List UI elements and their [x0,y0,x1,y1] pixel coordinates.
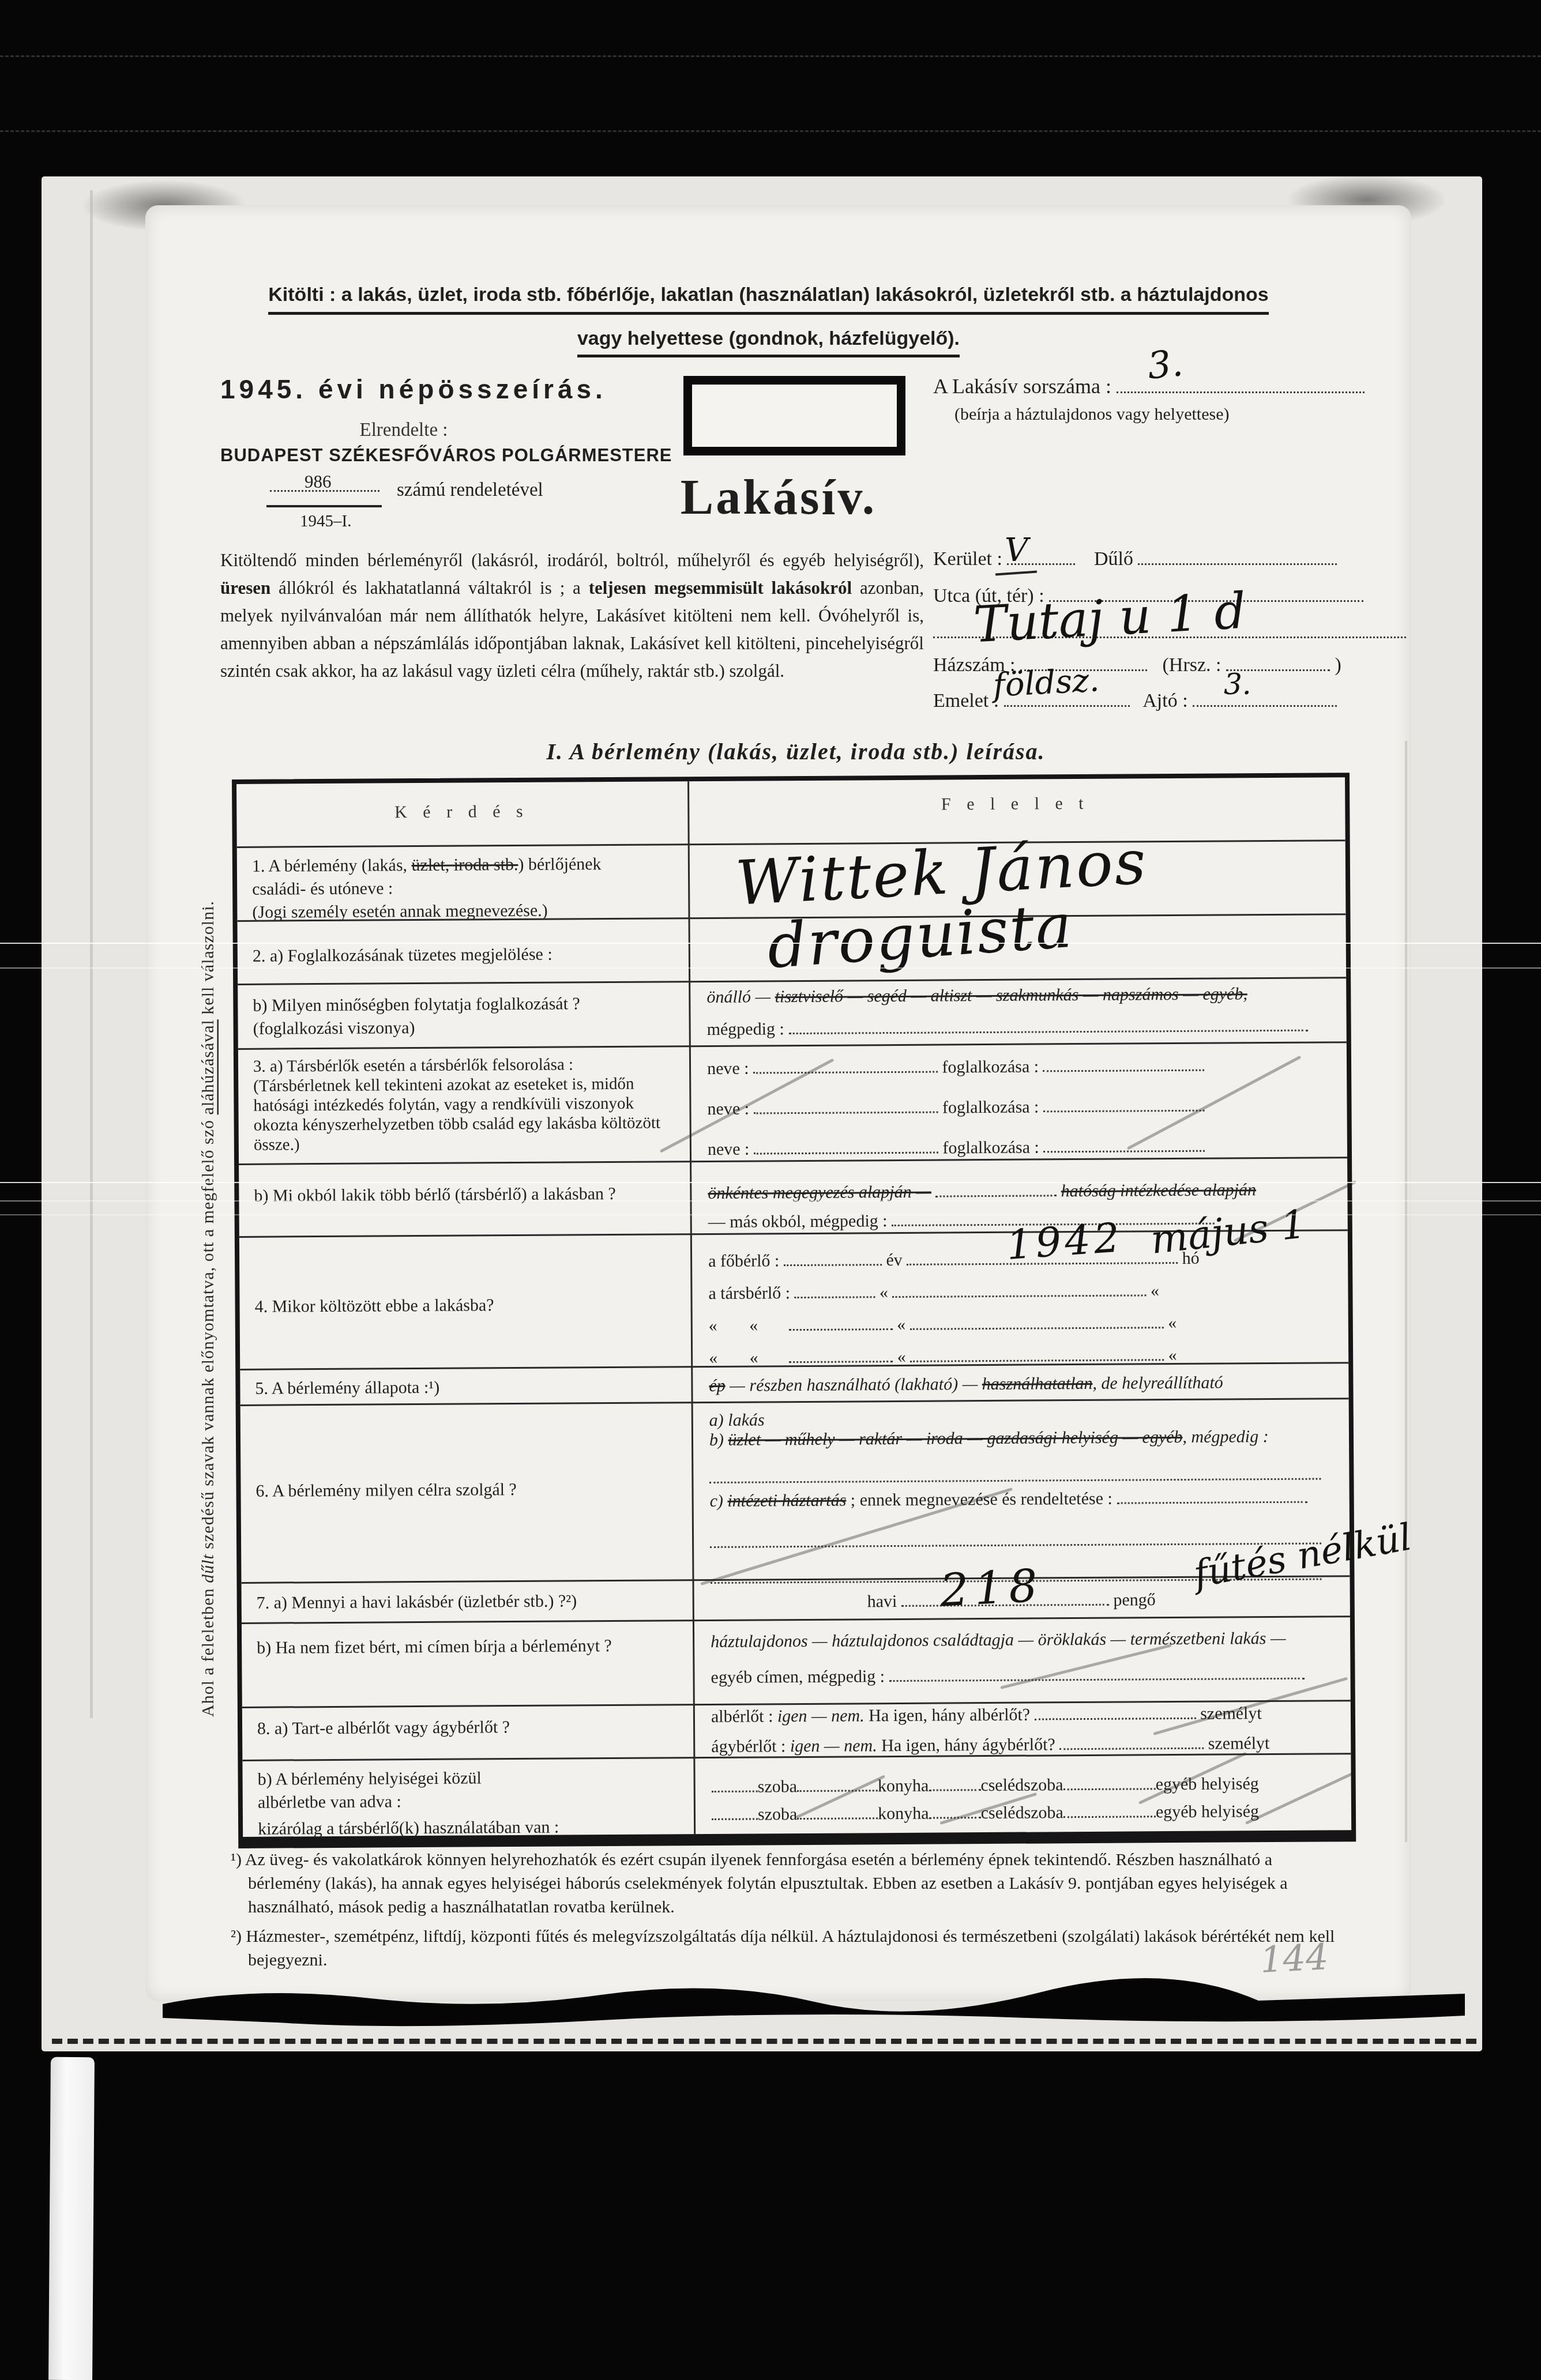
q5-ep-struck: ép [709,1376,726,1395]
q4-year-line [784,1249,882,1267]
q3a-fogl-label: foglalkozása : [942,1138,1039,1157]
q4-ditto: « [749,1316,758,1335]
row-q6: 6. A bérlemény milyen célra szolgál ? a)… [240,1398,1350,1582]
hrsz-close: ) [1335,654,1341,676]
intro-seg3: állókról és lakhatatlanná váltakról is ;… [270,578,588,598]
table-header-row: K é r d é s F e l e l e t [236,777,1345,846]
q4-tarsber-label: a társbérlő : [708,1283,790,1303]
q6-c-pre: c) [710,1492,728,1511]
q4-line [910,1345,1164,1362]
sheet-title: Lakásív. [632,468,926,526]
row-q8b: b) A bérlemény helyiségei közül albérlet… [242,1753,1351,1821]
q2a-text: 2. a) Foglalkozásának tüzetes megjelölés… [238,919,688,984]
q3a-answer: neve : foglalkozása : neve : foglalkozás… [691,1043,1347,1161]
backing-left-edge [90,190,93,1718]
q4-fober-label: a főbérlő : [708,1251,779,1271]
q2b-option-onallo: önálló — [706,987,775,1007]
q4-ditto: « [709,1349,717,1368]
backing-bottom-edge [52,2039,1476,2044]
q3b-text: b) Mi okból lakik több bérlő (társbérlő)… [239,1162,689,1236]
serial-label: A Lakásív sorszáma : [933,375,1111,398]
intro-seg2-bold: üresen [220,578,270,598]
q8b-dots [797,1803,878,1820]
row-q3a: 3. a) Társbérlők esetén a társbérlők fel… [238,1041,1347,1163]
page-fold-line [1405,741,1407,1842]
q8a-text: 8. a) Tart-e albérlőt vagy ágybérlőt ? [242,1705,693,1760]
q5-answer: ép — részben használható (lakható) — has… [693,1364,1348,1402]
hrsz-open: (Hrsz. : [1163,654,1221,676]
q3a-question: 3. a) Társbérlők esetén a társbérlők fel… [253,1055,573,1075]
intro-seg1: Kitöltendő minden bérleményről (lakásról… [220,550,924,570]
q5-mid: — részben használható (lakható) — [726,1374,982,1395]
move-in-year-handwriting: 1942 [1005,1214,1124,1269]
q6-b-struck: üzlet — műhely — raktár — iroda — gazdas… [728,1428,1182,1449]
q3a-neve-line [753,1097,938,1114]
census-title: 1945. évi népösszeírás. [220,374,607,405]
q3a-note: (Társbérletnek kell tekinteni azokat az … [253,1075,660,1154]
margin-seg3: szedésű szavak vannak előnyomtatva, ott … [198,1114,217,1554]
q4-ditto: « [750,1348,758,1367]
q4-ditto: « [709,1316,717,1335]
q8b-dots [929,1802,981,1819]
q8a-igen-nem2: igen — nem. [790,1736,877,1756]
door-value-handwriting: 3. [1224,668,1251,701]
q8b-line3: kizárólag a társbérlő(k) használatában v… [258,1816,559,1841]
door-line [1193,688,1337,707]
district-value-handwriting: V [1005,532,1028,569]
q7a-havi-label: havi [867,1592,897,1611]
q7b-text: b) Ha nem fizet bért, mi címen bírja a b… [242,1621,692,1707]
scan-hairline [0,967,1541,969]
q8a-igen-nem: igen — nem. [777,1706,865,1726]
district-label: Kerület : [933,548,1002,570]
film-scratch-line [0,130,1541,132]
ordered-by: BUDAPEST SZÉKESFŐVÁROS POLGÁRMESTERE [220,445,672,466]
q8a-line1-dots [1034,1703,1196,1720]
row-q8a: 8. a) Tart-e albérlőt vagy ágybérlőt ? a… [242,1700,1351,1760]
q6-c-tail: ; ennek megnevezése és rendeltetése : [846,1489,1112,1510]
q8b-dots [1063,1801,1156,1818]
decree-year: 1945–I. [300,512,351,531]
margin-seg5: kell válaszolni. [198,901,217,1019]
q4-line [789,1346,893,1364]
q8b-dots [797,1775,878,1792]
q3b-option1-struck: önkéntes megegyezés alapján — [708,1183,931,1203]
q3a-neve-line [754,1137,938,1154]
q8b-line2: albérletbe van adva : [258,1792,401,1812]
q8b-line1: b) A bérlemény helyiségei közül [257,1768,481,1788]
decree-number-rule [266,505,382,507]
q4-ditto: « [880,1283,888,1302]
q6-dots1 [709,1463,1321,1483]
film-sprocket-strip [48,2057,95,2380]
q3a-fogl-label: foglalkozása : [942,1097,1039,1117]
q2b-line1: b) Milyen minőségben folytatja foglalkoz… [253,994,580,1015]
scan-hairline [0,1214,1541,1215]
scan-hairline [0,1182,1541,1183]
q5-text: 5. A bérlemény állapota :¹) [240,1368,690,1404]
footnote-1: ¹) Az üveg- és vakolatkárok könnyen hely… [231,1848,1347,1919]
q6-c-struck: intézeti háztartás [727,1491,846,1511]
q8b-text: b) A bérlemény helyiségei közül albérlet… [242,1758,693,1821]
fill-instruction-line1: Kitölti : a lakás, üzlet, iroda stb. főb… [268,284,1268,315]
margin-instruction: Ahol a feleletben dűlt szedésű szavak va… [195,801,221,1816]
margin-seg1: Ahol a feleletben [198,1583,217,1717]
q7b-options: háztulajdonos — háztulajdonos családtagj… [711,1626,1342,1654]
q5-bad-struck: használhatatlan [982,1374,1093,1394]
q4-ditto: « [1168,1346,1177,1365]
q2b-megpedig-line [788,1015,1307,1034]
q8b-dots [712,1776,758,1792]
q6-b-tail: , mégpedig : [1182,1427,1268,1447]
footnotes: ¹) Az üveg- és vakolatkárok könnyen hely… [231,1848,1347,1972]
q3a-neve-label: neve : [708,1140,750,1159]
q3a-fogl-line [1043,1095,1205,1112]
district-row: Kerület : Dűlő [933,547,1337,570]
q8a-agyberlo-label: ágybérlőt : [711,1737,785,1756]
q7a-text: 7. a) Mennyi a havi lakásbér (üzletbér s… [242,1581,691,1622]
q2b-megpedig-label: mégpedig : [707,1019,784,1039]
row-q7b: b) Ha nem fizet bért, mi címen bírja a b… [242,1615,1351,1707]
q4-text: 4. Mikor költözött ebbe a lakásba? [239,1235,690,1369]
section-title: I. A bérlemény (lakás, üzlet, iroda stb.… [438,738,1153,765]
q2b-text: b) Milyen minőségben folytatja foglalkoz… [238,982,688,1048]
q7b-egyeb-label: egyéb címen, mégpedig : [711,1667,885,1687]
q1-text: 1. A bérlemény (lakás, üzlet, iroda stb.… [237,845,687,920]
q8a-alberlo-label: albérlőt : [711,1707,773,1726]
film-scratch-line [0,55,1541,57]
q3a-fogl-line [1043,1135,1205,1153]
q3a-text: 3. a) Társbérlők esetén a társbérlők fel… [238,1047,689,1163]
fill-instruction-line2: vagy helyettese (gondnok, házfelügyelő). [577,327,960,357]
q5-tail: , de helyreállítható [1092,1373,1223,1393]
decree-number-line [270,482,379,492]
q1-seg-c: ) bérlőjének [518,854,601,874]
q4-line [789,1314,893,1331]
row-q2b: b) Milyen minőségben folytatja foglalkoz… [238,977,1347,1048]
row-q7a: 7. a) Mennyi a havi lakásbér (üzletbér s… [242,1575,1350,1622]
q8b-dots [1063,1773,1155,1790]
rent-amount-handwriting: 218 [939,1560,1044,1617]
q8b-egyeb-helyiseg: egyéb helyiség [1155,1774,1258,1794]
q4-ditto: « [897,1347,906,1366]
footnote-2: ²) Házmester-, szemétpénz, liftdíj, közp… [231,1925,1347,1972]
decree-suffix: számú rendeletével [397,480,543,501]
q3a-neve-label: neve : [707,1099,749,1119]
q8a-line2-dots [1059,1733,1204,1750]
margin-instruction-text: Ahol a feleletben dűlt szedésű szavak va… [198,901,218,1717]
q8b-dots [712,1803,758,1820]
pencil-page-number: 144 [1259,1935,1329,1981]
q7a-pengo-label: pengő [1113,1590,1156,1609]
column-header-answer: F e l e l e t [689,792,1341,816]
q6-text: 6. A bérlemény milyen célra szolgál ? [240,1403,691,1582]
q4-line [892,1280,1146,1298]
margin-seg2-italic: dűlt [198,1554,217,1583]
q1-seg-struck: üzlet, iroda stb. [411,855,518,875]
serial-value-handwriting: 3. [1145,342,1185,388]
floor-value-handwriting: földsz. [992,661,1100,705]
margin-seg4-underlined: aláhúzásával [198,1019,217,1114]
q8b-konyha: konyha [878,1776,929,1796]
ordered-by-label: Elrendelte : [323,420,484,441]
q8a-szemelyt: személyt [1200,1704,1262,1723]
q3b-option2-struck: hatóság intézkedése alapján [1061,1180,1256,1200]
q4-ditto: « [1168,1313,1177,1332]
q7b-egyeb-line [889,1663,1304,1682]
q2b-line2: (foglalkozási viszonya) [253,1018,415,1038]
serial-note: (beírja a háztulajdonos vagy helyettese) [954,405,1229,424]
q6-b-pre: b) [709,1430,728,1449]
q3a-neve-line [753,1056,938,1074]
q4-ev-label: év [886,1251,903,1270]
q8a-answer: albérlőt : igen — nem. Ha igen, hány alb… [695,1701,1351,1757]
q2b-answer: önálló — tisztviselő — segéd — altiszt —… [690,978,1347,1045]
intro-paragraph: Kitöltendő minden bérleményről (lakásról… [220,547,924,685]
q8a-szemelyt2: személyt [1208,1734,1270,1753]
q2b-options-struck: tisztviselő — segéd — altiszt — szakmunk… [775,984,1247,1006]
intro-seg4-bold: teljesen megsemmisült lakásokról [589,578,852,598]
q3a-fogl-line [1043,1055,1204,1072]
q8a-hany2: Ha igen, hány ágybérlőt? [881,1735,1055,1755]
scan-canvas: { "instruction": { "line1": "Kitölti : a… [0,0,1541,2380]
q3a-neve-label: neve : [707,1059,749,1078]
q7b-answer: háztulajdonos — háztulajdonos családtagj… [694,1617,1351,1704]
q8b-szoba2: szoba [758,1805,798,1824]
q4-line [910,1312,1164,1330]
q8b-answer: szobakonyhacselédszobaegyéb helyiség szo… [695,1754,1351,1818]
dulo-label: Dűlő [1094,548,1133,570]
q4-line [794,1282,875,1298]
q8b-cseledszoba2: cselédszoba [981,1803,1063,1822]
door-label: Ajtó : [1142,690,1187,711]
column-header-question: K é r d é s [236,801,686,823]
q8b-cseledszoba: cselédszoba [980,1775,1063,1795]
q1-seg-a: 1. A bérlemény (lakás, [252,856,412,876]
q3a-fogl-label: foglalkozása : [942,1057,1039,1076]
q8a-hany: Ha igen, hány albérlőt? [869,1705,1030,1726]
q4-ditto: « [897,1315,905,1334]
q8b-konyha2: konyha [878,1804,929,1824]
q6-c-dots [1117,1486,1307,1504]
page-bottom-shadow [163,1978,1465,2028]
row-q5: 5. A bérlemény állapota :¹) ép — részben… [240,1362,1348,1404]
q6-dots2 [710,1527,1321,1547]
q8b-egyeb-helyiseg2: egyéb helyiség [1156,1802,1259,1821]
q1-seg-d: családi- és utóneve : [252,879,393,898]
q4-ditto: « [1151,1281,1159,1300]
floor-label: Emelet : [933,690,999,711]
dulo-line [1138,547,1337,565]
q8b-dots [929,1775,980,1791]
scan-hairline [0,943,1541,944]
q8b-szoba: szoba [758,1777,798,1796]
serial-box [683,376,905,455]
scan-hairline [0,1200,1541,1202]
